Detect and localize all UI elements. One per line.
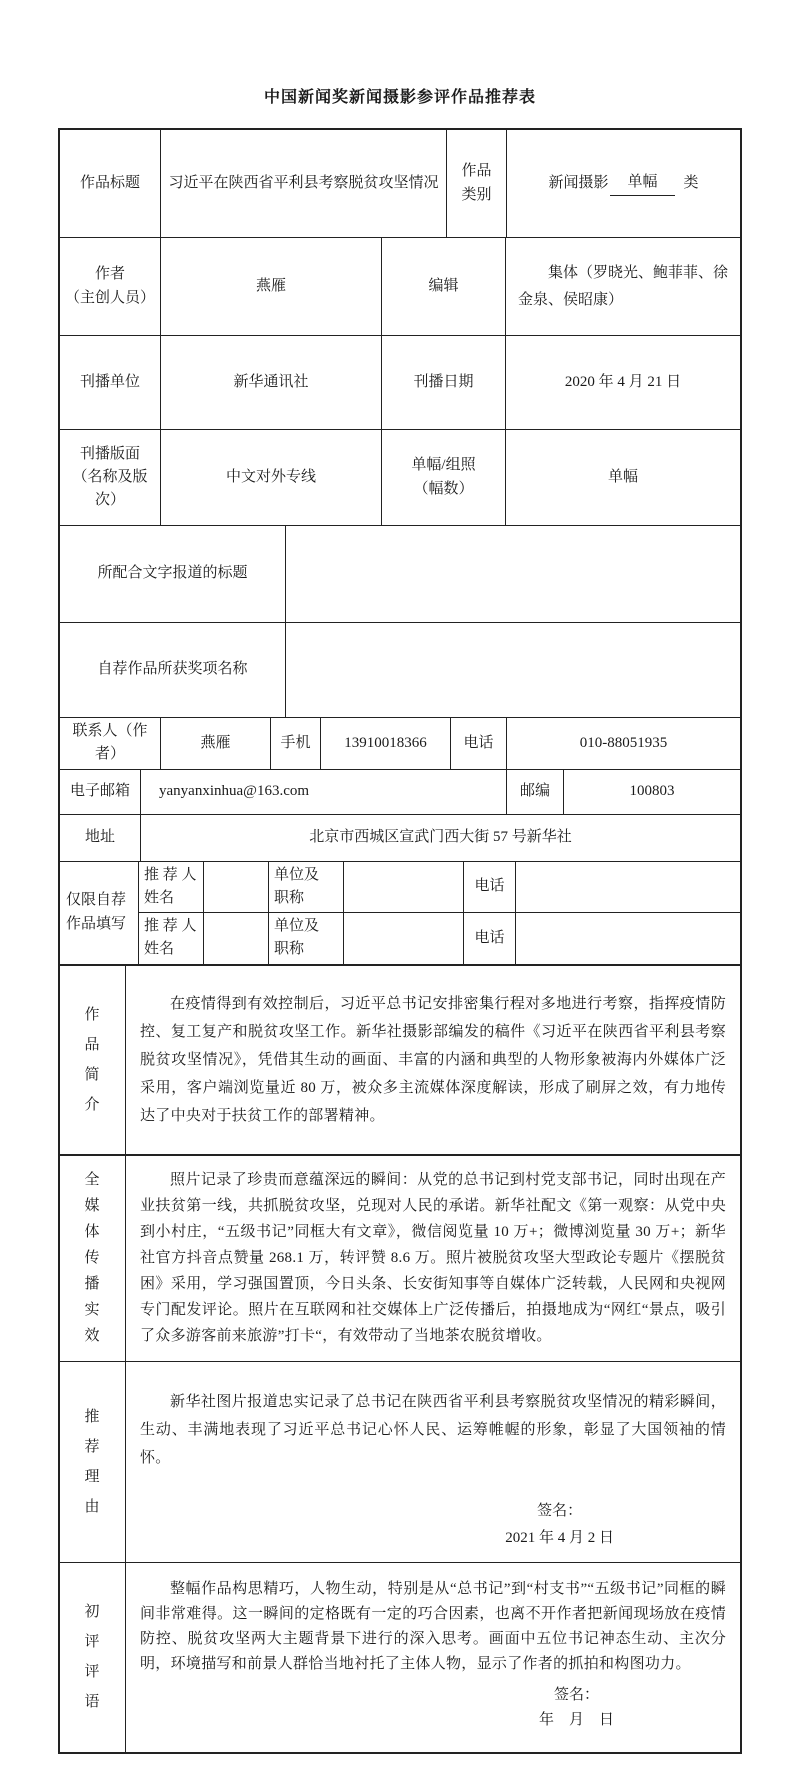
publish-page-label: 刊播版面 （名称及版次） — [60, 430, 160, 525]
single-or-group-value: 单幅 — [505, 430, 740, 525]
single-or-group-label: 单幅/组照 （幅数） — [381, 430, 505, 525]
preliminary-review-label: 初 评 评 语 — [60, 1563, 125, 1752]
publish-date-value: 2020 年 4 月 21 日 — [505, 336, 740, 429]
address-value: 北京市西城区宣武门西大街 57 号新华社 — [140, 815, 740, 861]
recommender-phone-value — [515, 862, 740, 913]
publish-unit-label: 刊播单位 — [60, 336, 160, 429]
row-work-title: 作品标题 习近平在陕西省平利县考察脱贫攻坚情况 作品 类别 新闻摄影单幅类 — [60, 130, 740, 237]
signature-label: 签名： — [539, 1683, 614, 1708]
recommender-unit-label: 单位及 职称 — [268, 862, 343, 913]
text-report-title-value — [285, 526, 740, 622]
row-self-award: 自荐作品所获奖项名称 — [60, 622, 740, 717]
publish-page-value: 中文对外专线 — [160, 430, 381, 525]
work-category-value: 新闻摄影单幅类 — [506, 130, 740, 237]
postcode-value: 100803 — [563, 770, 740, 814]
contact-label: 联系人（作者） — [60, 718, 160, 769]
work-title-value: 习近平在陕西省平利县考察脱贫攻坚情况 — [160, 130, 446, 237]
recommend-reason-label: 推 荐 理 由 — [60, 1362, 125, 1562]
work-title-label: 作品标题 — [60, 130, 160, 237]
page-title: 中国新闻奖新闻摄影参评作品推荐表 — [0, 84, 800, 107]
media-effect-label: 全 媒 体 传 播 实 效 — [60, 1156, 125, 1361]
editor-label: 编辑 — [381, 238, 505, 335]
recommend-reason-text: 新华社图片报道忠实记录了总书记在陕西省平利县考察脱贫攻坚情况的精彩瞬间，生动、丰… — [140, 1388, 726, 1472]
row-address: 地址 北京市西城区宣武门西大街 57 号新华社 — [60, 814, 740, 861]
recommender-phone-label: 电话 — [463, 862, 515, 913]
work-category-suffix: 类 — [684, 172, 699, 195]
recommender-unit-value — [343, 862, 463, 913]
publish-date-label: 刊播日期 — [381, 336, 505, 429]
email-label: 电子邮箱 — [60, 770, 140, 814]
recommend-reason-section: 推 荐 理 由 新华社图片报道忠实记录了总书记在陕西省平利县考察脱贫攻坚情况的精… — [60, 1361, 740, 1562]
self-recommend-label: 仅限自荐 作品填写 — [60, 862, 138, 964]
text-report-title-label: 所配合文字报道的标题 — [60, 526, 285, 622]
row-author: 作者 （主创人员） 燕雁 编辑 集体（罗晓光、鲍菲菲、徐金泉、侯昭康） — [60, 237, 740, 335]
phone-label: 电话 — [450, 718, 506, 769]
recommender-name-label: 推 荐 人 姓名 — [138, 862, 203, 913]
preliminary-review-text: 整幅作品构思精巧，人物生动，特别是从“总书记”到“村支书”“五级书记”同框的瞬间… — [140, 1577, 726, 1677]
work-category-underlined: 单幅 — [610, 171, 674, 195]
work-category-prefix: 新闻摄影 — [548, 172, 608, 195]
self-recommend-section: 仅限自荐 作品填写 推 荐 人 姓名 单位及 职称 电话 推 荐 人 姓名 单位… — [60, 861, 740, 964]
recommendation-form-table: 作品标题 习近平在陕西省平利县考察脱贫攻坚情况 作品 类别 新闻摄影单幅类 作者… — [58, 128, 742, 1754]
recommender-phone-label: 电话 — [463, 913, 515, 964]
signature-label: 签名： — [505, 1498, 614, 1525]
work-intro-label: 作 品 简 介 — [60, 966, 125, 1154]
row-publish-page: 刊播版面 （名称及版次） 中文对外专线 单幅/组照 （幅数） 单幅 — [60, 429, 740, 525]
phone-value: 010-88051935 — [506, 718, 740, 769]
mobile-label: 手机 — [270, 718, 320, 769]
recommender-name-value — [203, 913, 268, 964]
row-contact: 联系人（作者） 燕雁 手机 13910018366 电话 010-8805193… — [60, 717, 740, 769]
recommender-phone-value — [515, 913, 740, 964]
work-category-label: 作品 类别 — [446, 130, 506, 237]
editor-value: 集体（罗晓光、鲍菲菲、徐金泉、侯昭康） — [505, 238, 740, 335]
recommend-reason-signature: 签名： 2021 年 4 月 2 日 — [505, 1498, 614, 1552]
recommend-reason-body: 新华社图片报道忠实记录了总书记在陕西省平利县考察脱贫攻坚情况的精彩瞬间，生动、丰… — [125, 1362, 740, 1562]
recommender-name-value — [203, 862, 268, 913]
row-email: 电子邮箱 yanyanxinhua@163.com 邮编 100803 — [60, 769, 740, 814]
media-effect-section: 全 媒 体 传 播 实 效 照片记录了珍贵而意蕴深远的瞬间：从党的总书记到村党支… — [60, 1154, 740, 1361]
signature-date: 年 月 日 — [539, 1708, 614, 1733]
author-value: 燕雁 — [160, 238, 381, 335]
preliminary-review-section: 初 评 评 语 整幅作品构思精巧，人物生动，特别是从“总书记”到“村支书”“五级… — [60, 1562, 740, 1752]
signature-date: 2021 年 4 月 2 日 — [505, 1525, 614, 1552]
postcode-label: 邮编 — [506, 770, 563, 814]
self-award-label: 自荐作品所获奖项名称 — [60, 623, 285, 717]
media-effect-text: 照片记录了珍贵而意蕴深远的瞬间：从党的总书记到村党支部书记，同时出现在产业扶贫第… — [140, 1167, 726, 1349]
recommender-row-2: 推 荐 人 姓名 单位及 职称 电话 — [138, 912, 740, 964]
media-effect-body: 照片记录了珍贵而意蕴深远的瞬间：从党的总书记到村党支部书记，同时出现在产业扶贫第… — [125, 1156, 740, 1361]
publish-unit-value: 新华通讯社 — [160, 336, 381, 429]
recommender-name-label: 推 荐 人 姓名 — [138, 913, 203, 964]
work-intro-body: 在疫情得到有效控制后，习近平总书记安排密集行程对多地进行考察，指挥疫情防控、复工… — [125, 966, 740, 1154]
author-label: 作者 （主创人员） — [60, 238, 160, 335]
work-intro-text: 在疫情得到有效控制后，习近平总书记安排密集行程对多地进行考察，指挥疫情防控、复工… — [140, 990, 726, 1130]
self-award-value — [285, 623, 740, 717]
contact-value: 燕雁 — [160, 718, 270, 769]
row-text-report-title: 所配合文字报道的标题 — [60, 525, 740, 622]
recommender-unit-label: 单位及 职称 — [268, 913, 343, 964]
mobile-value: 13910018366 — [320, 718, 450, 769]
work-intro-section: 作 品 简 介 在疫情得到有效控制后，习近平总书记安排密集行程对多地进行考察，指… — [60, 964, 740, 1154]
preliminary-review-signature: 签名： 年 月 日 — [539, 1683, 614, 1733]
recommender-row-1: 推 荐 人 姓名 单位及 职称 电话 — [138, 862, 740, 913]
address-label: 地址 — [60, 815, 140, 861]
row-publish-unit: 刊播单位 新华通讯社 刊播日期 2020 年 4 月 21 日 — [60, 335, 740, 429]
recommender-unit-value — [343, 913, 463, 964]
email-value: yanyanxinhua@163.com — [140, 770, 506, 814]
preliminary-review-body: 整幅作品构思精巧，人物生动，特别是从“总书记”到“村支书”“五级书记”同框的瞬间… — [125, 1563, 740, 1752]
self-recommend-rows: 推 荐 人 姓名 单位及 职称 电话 推 荐 人 姓名 单位及 职称 电话 — [138, 862, 740, 964]
